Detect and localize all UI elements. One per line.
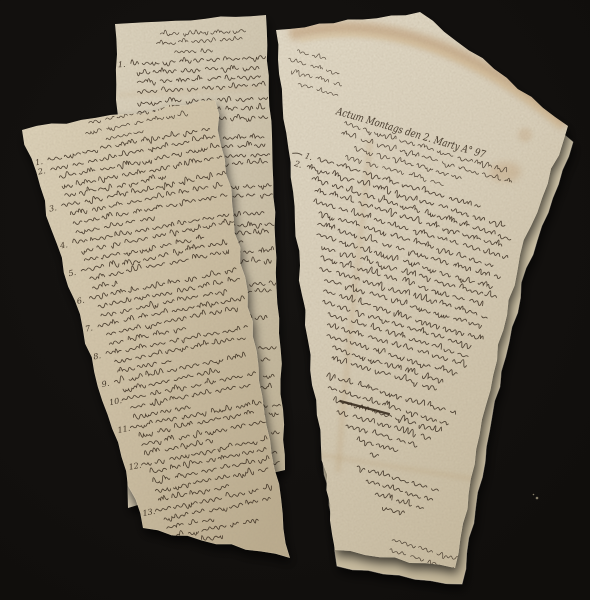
item-number: 4. xyxy=(58,240,68,250)
dust-speck xyxy=(536,497,539,500)
scene-canvas: 1. 1.2.3.4.5.6.7.8.9.10.11.12.13.14. Act… xyxy=(0,0,590,600)
item-number: 2. xyxy=(36,166,46,176)
stain-top-right xyxy=(489,162,521,182)
dust-speck xyxy=(533,494,535,496)
manuscripts-photograph: 1. 1.2.3.4.5.6.7.8.9.10.11.12.13.14. Act… xyxy=(0,0,590,600)
item-number: 1. xyxy=(118,60,126,69)
